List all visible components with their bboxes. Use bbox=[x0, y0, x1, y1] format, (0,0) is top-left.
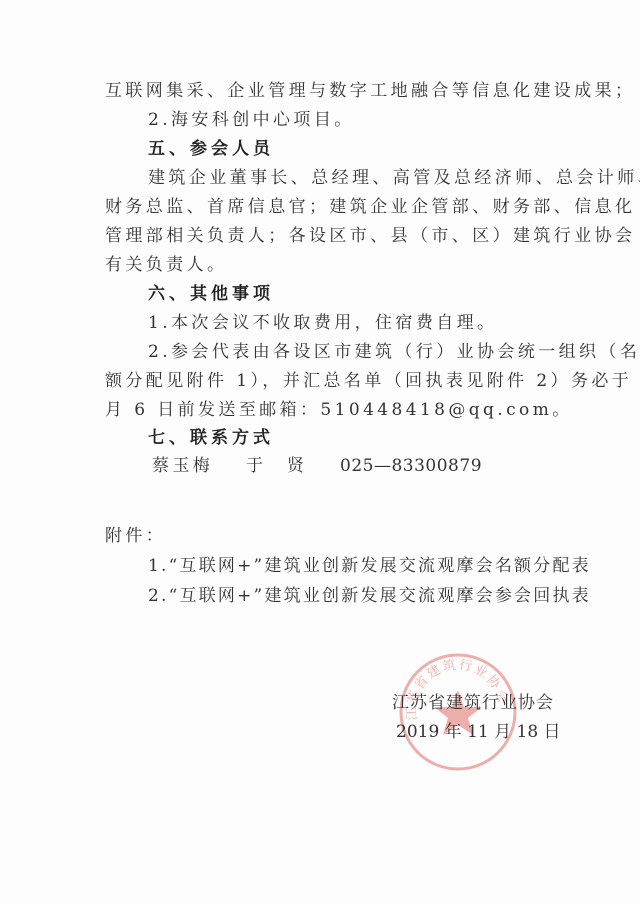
contact-line: 蔡玉梅 于 贤 025—83300879 bbox=[152, 455, 592, 477]
section-heading-other-matters: 六、其他事项 bbox=[148, 283, 588, 305]
body-line-fees: 1.本次会议不收取费用，住宿费自理。 bbox=[148, 312, 588, 334]
section-heading-participants: 五、参会人员 bbox=[148, 138, 588, 160]
body-line-registration-3: 月 6 日前发送至邮箱：510448418@qq.com。 bbox=[105, 399, 545, 421]
body-line-project-2: 2.海安科创中心项目。 bbox=[148, 109, 588, 131]
contact-person-2: 于 贤 bbox=[246, 456, 307, 476]
body-line-participants-3: 管理部相关负责人；各设区市、县（市、区）建筑行业协会 bbox=[105, 225, 545, 247]
signature-date: 2019 年 11 月 18 日 bbox=[396, 721, 561, 743]
attachments-label: 附件： bbox=[105, 525, 545, 547]
body-line-registration-2: 额分配见附件 1），并汇总名单（回执表见附件 2）务必于 12 bbox=[105, 370, 545, 392]
body-line-participants-4: 有关负责人。 bbox=[105, 254, 545, 276]
document-page: 互联网集采、企业管理与数字工地融合等信息化建设成果； 2.海安科创中心项目。 五… bbox=[0, 0, 640, 905]
contact-phone: 025—83300879 bbox=[340, 456, 482, 476]
body-line-participants-1: 建筑企业董事长、总经理、高管及总经济师、总会计师、 bbox=[148, 167, 588, 189]
attachment-item-2: 2.“互联网+”建筑业创新发展交流观摩会参会回执表 bbox=[148, 585, 588, 607]
section-heading-contact: 七、联系方式 bbox=[148, 427, 588, 449]
contact-person-1: 蔡玉梅 bbox=[152, 456, 213, 476]
body-line-achievements: 互联网集采、企业管理与数字工地融合等信息化建设成果； bbox=[105, 80, 545, 102]
attachment-item-1: 1.“互联网+”建筑业创新发展交流观摩会名额分配表 bbox=[148, 555, 588, 577]
body-line-participants-2: 财务总监、首席信息官；建筑企业企管部、财务部、信息化 bbox=[105, 196, 545, 218]
body-line-registration-1: 2.参会代表由各设区市建筑（行）业协会统一组织（名 bbox=[148, 341, 588, 363]
signature-organization: 江苏省建筑行业协会 bbox=[392, 692, 554, 714]
